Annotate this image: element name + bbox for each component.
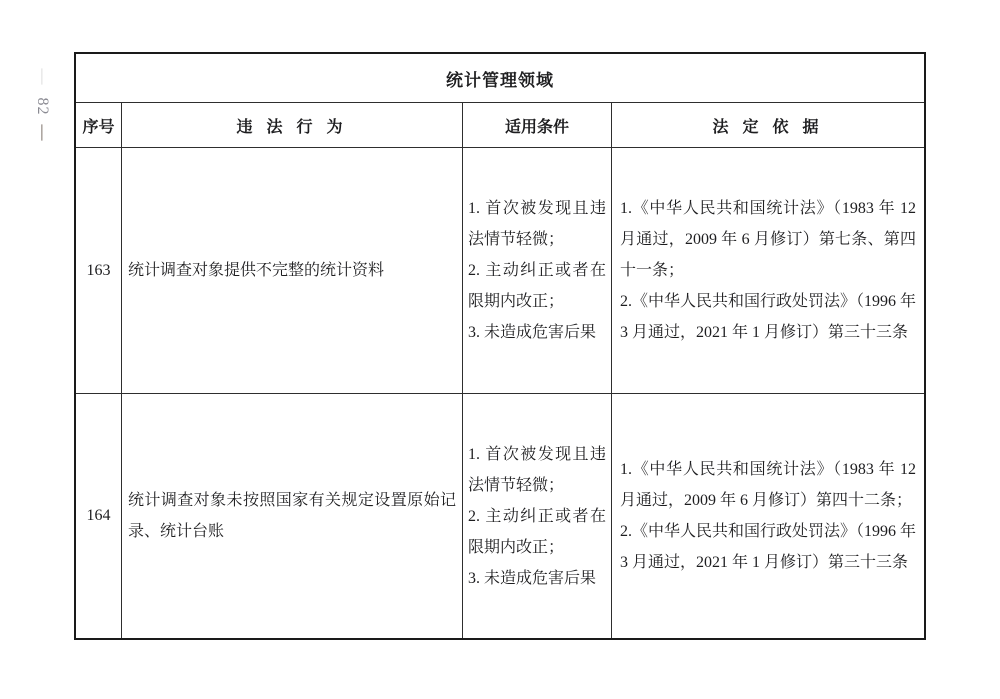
table-title-row: 统计管理领域 [76,54,924,102]
violation-behavior-cell: 统计调查对象未按照国家有关规定设置原始记录、统计台账 [122,394,463,638]
violation-behavior-cell: 统计调查对象提供不完整的统计资料 [122,148,463,393]
legal-basis-text: 1.《中华人民共和国统计法》（1983 年 12 月通过，2009 年 6 月修… [620,454,916,578]
page-number-dash-bottom: — [33,125,51,142]
legal-basis-cell: 1.《中华人民共和国统计法》（1983 年 12 月通过，2009 年 6 月修… [612,394,924,638]
violation-behavior-text: 统计调查对象提供不完整的统计资料 [128,255,456,286]
applicable-conditions-cell: 1. 首次被发现且违法情节轻微； 2. 主动纠正或者在限期内改正； 3. 未造成… [463,148,612,393]
applicable-conditions-cell: 1. 首次被发现且违法情节轻微； 2. 主动纠正或者在限期内改正； 3. 未造成… [463,394,612,638]
applicable-conditions-text: 1. 首次被发现且违法情节轻微； 2. 主动纠正或者在限期内改正； 3. 未造成… [468,439,606,594]
page-number: 82 [33,98,51,116]
legal-basis-text: 1.《中华人民共和国统计法》（1983 年 12 月通过，2009 年 6 月修… [620,193,916,348]
violations-table: 统计管理领域 序号 违 法 行 为 适用条件 法 定 依 据 163 统计调查对… [74,52,926,640]
table-row-163: 163 统计调查对象提供不完整的统计资料 1. 首次被发现且违法情节轻微； 2.… [76,147,924,393]
applicable-conditions-text: 1. 首次被发现且违法情节轻微； 2. 主动纠正或者在限期内改正； 3. 未造成… [468,193,606,348]
column-header-basis: 法 定 依 据 [612,103,924,147]
row-number: 163 [76,148,122,393]
legal-basis-cell: 1.《中华人民共和国统计法》（1983 年 12 月通过，2009 年 6 月修… [612,148,924,393]
table-row-164: 164 统计调查对象未按照国家有关规定设置原始记录、统计台账 1. 首次被发现且… [76,393,924,638]
page-number-dash-top: — [33,69,51,86]
document-page: — 82 — 统计管理领域 序号 违 法 行 为 适用条件 法 定 依 据 16… [0,0,1000,699]
column-header-conditions: 适用条件 [463,103,612,147]
column-header-behavior: 违 法 行 为 [122,103,463,147]
violation-behavior-text: 统计调查对象未按照国家有关规定设置原始记录、统计台账 [128,485,456,547]
margin-page-number: — 82 — [33,62,51,148]
column-header-no: 序号 [76,103,122,147]
row-number: 164 [76,394,122,638]
table-title: 统计管理领域 [446,66,554,91]
table-header-row: 序号 违 法 行 为 适用条件 法 定 依 据 [76,102,924,147]
